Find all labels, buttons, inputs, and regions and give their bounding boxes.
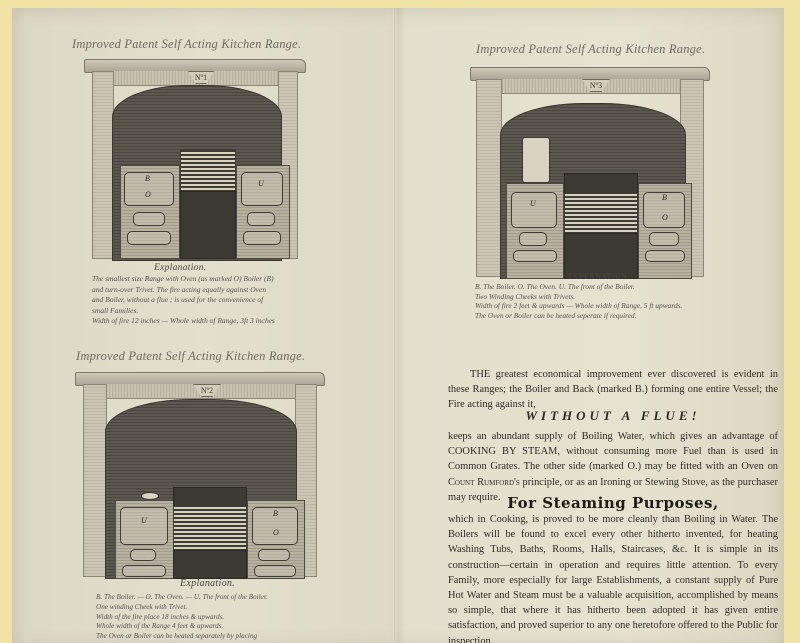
left-jamb — [92, 71, 114, 259]
left-jamb — [476, 79, 502, 277]
hot-plate — [564, 173, 638, 195]
hot-plate-lid — [141, 492, 159, 500]
ash-drawer — [247, 212, 275, 226]
boiler-door: U — [120, 507, 168, 545]
boiler-door: U — [511, 192, 557, 228]
plate-1-explanation: The smallest size Range with Oven (as ma… — [92, 274, 275, 327]
boiler-door: U — [241, 172, 283, 206]
firebox — [180, 191, 236, 259]
oven-cabinet-right: B O — [638, 183, 692, 279]
plate-2-title: Improved Patent Self Acting Kitchen Rang… — [76, 349, 305, 364]
plate-1-title: Improved Patent Self Acting Kitchen Rang… — [72, 37, 301, 52]
lower-panel — [127, 231, 171, 245]
center-fold — [393, 8, 396, 643]
oven-door: B O — [643, 192, 685, 228]
firebox — [173, 550, 247, 579]
steam-kettle — [522, 137, 550, 183]
plate-2-explanation-heading: Explanation. — [180, 578, 235, 589]
ash-drawer — [649, 232, 679, 246]
oven-cabinet-left: B O — [120, 165, 180, 259]
plate-2-engraving: Nº2 U B O — [75, 372, 325, 577]
plate-3-title: Improved Patent Self Acting Kitchen Rang… — [476, 42, 705, 57]
plate-1-engraving: Nº1 B O U — [84, 59, 306, 259]
plate-3-engraving: Nº3 U B O — [470, 67, 710, 277]
lower-panel — [645, 250, 685, 262]
trivet-grate — [564, 193, 638, 233]
headline-for-steaming-purposes: For Steaming Purposes, — [448, 494, 778, 512]
ash-drawer — [133, 212, 165, 226]
ash-drawer — [519, 232, 547, 246]
ash-drawer — [130, 549, 156, 561]
left-jamb — [83, 384, 107, 577]
lower-panel — [254, 565, 296, 577]
lower-panel — [513, 250, 557, 262]
ash-drawer — [258, 549, 290, 561]
oven-door: B O — [124, 172, 174, 206]
plate-3-explanation-heading: EXPLANATION. — [568, 273, 630, 281]
boiler-cabinet-right: U — [236, 165, 290, 259]
hot-plate — [173, 487, 247, 507]
plate-1-explanation-heading: Explanation. — [154, 263, 206, 273]
plate-3-explanation: B. The Boiler. O. The Oven. U. The front… — [475, 282, 682, 320]
boiler-cabinet-left: U — [115, 500, 175, 579]
lower-panel — [122, 565, 166, 577]
plate-2-explanation: B. The Boiler. — O. The Oven. — U. The f… — [96, 593, 268, 642]
ad-paragraph-intro: THE greatest economical improvement ever… — [448, 367, 778, 413]
trivet-grate — [173, 506, 247, 550]
lower-panel — [243, 231, 281, 245]
oven-door: B O — [252, 507, 298, 545]
trivet-grate — [180, 149, 236, 191]
headline-without-a-flue: WITHOUT A FLUE! — [448, 408, 778, 424]
oven-cabinet-right: B O — [247, 500, 305, 579]
boiler-cabinet-left: U — [506, 183, 564, 279]
ad-paragraph-steaming: which in Cooking, is proved to be more c… — [448, 512, 778, 643]
